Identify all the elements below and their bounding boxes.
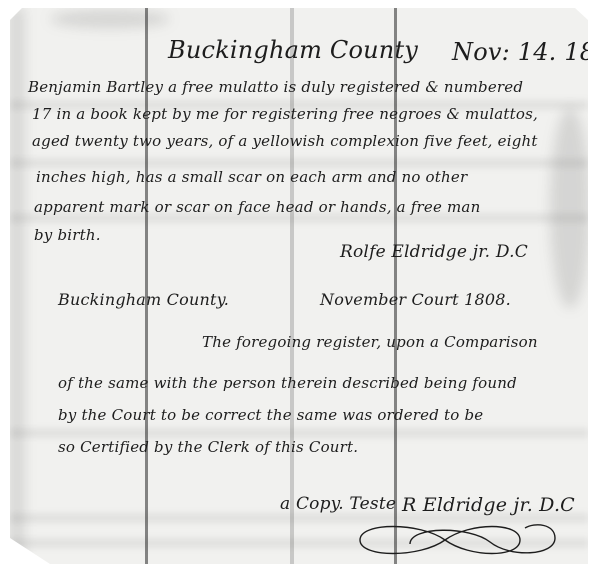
- court-place: Buckingham County.: [58, 290, 229, 309]
- certification-line: The foregoing register, upon a Compariso…: [202, 333, 538, 351]
- court-session: November Court 1808.: [320, 290, 511, 309]
- certification-line: so Certified by the Clerk of this Court.: [58, 438, 358, 456]
- register-line: apparent mark or scar on face head or ha…: [34, 198, 480, 216]
- paper-stain: [50, 10, 170, 28]
- paper-edge-shadow: [10, 8, 24, 564]
- signature-flourish-icon: [350, 516, 570, 564]
- certification-line: of the same with the person therein desc…: [58, 374, 517, 392]
- certification-line: by the Court to be correct the same was …: [58, 406, 483, 424]
- paper-stain-band: [10, 428, 588, 438]
- paper-stain-band: [10, 158, 588, 168]
- register-line: aged twenty two years, of a yellowish co…: [32, 132, 538, 150]
- register-signature: Rolfe Eldridge jr. D.C: [340, 242, 528, 262]
- clerk-signature: R Eldridge jr. D.C: [402, 494, 575, 516]
- register-line: Benjamin Bartley a free mulatto is duly …: [28, 78, 523, 96]
- paper-stain: [550, 108, 588, 308]
- attestation-label: a Copy. Teste: [280, 494, 396, 514]
- header-date: Nov: 14. 1808: [452, 38, 588, 66]
- header-place: Buckingham County: [168, 36, 418, 64]
- document-page: Buckingham County Nov: 14. 1808 Benjamin…: [10, 8, 588, 564]
- register-line: inches high, has a small scar on each ar…: [36, 168, 467, 186]
- register-line: by birth.: [34, 226, 101, 244]
- register-line: 17 in a book kept by me for registering …: [32, 105, 538, 123]
